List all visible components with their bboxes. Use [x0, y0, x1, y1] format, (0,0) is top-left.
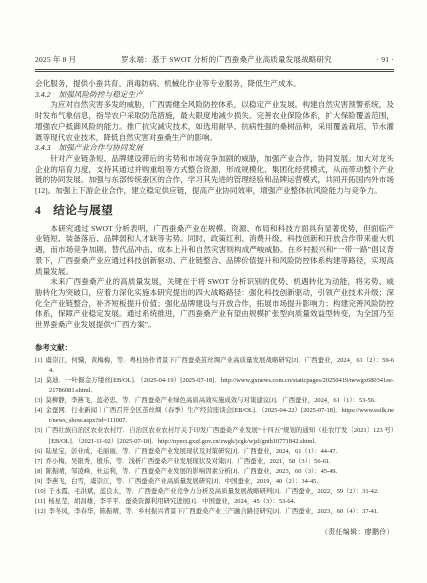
reference-item: [4]金蚕网．行业新闻｜广西召开全区茧丝绸（春季）生产经营座谈会[EB/OL]．…: [35, 406, 394, 426]
reference-text: 莫柳静，李燕飞，蓝必忠，等．广西蚕桑产业绿色高质高效实施成效与对策建议[J]．广…: [45, 397, 375, 404]
running-title: 罗永端：基于 SWOT 分析的广西蚕桑产业高质量发展战略研究: [76, 54, 376, 65]
paragraph-conclusion-2: 未来广西蚕桑产业的高质量发展，关键在于将 SWOT 分析识别的优势、机遇转化为动…: [35, 277, 394, 331]
reference-text: 广西壮族自治区农业农村厅．自治区农业农村厅关于印发广西蚕桑产业发展“十四五”规划…: [45, 427, 394, 444]
reference-text: 李冬凤，李春华，陈振晴，等．乡村振兴背景下广西蚕桑产业三产融合路径研究[J]．广…: [49, 508, 379, 515]
reference-text: 杨星莹，胡昌雄，李平平．蚕桑资源利用研究进展[J]．中国蚕业，2024，45（3…: [48, 498, 295, 505]
page-number: · 91 ·: [377, 55, 394, 64]
running-head: 2025 年 8 月 罗永端：基于 SWOT 分析的广西蚕桑产业高质量发展战略研…: [35, 54, 394, 72]
references-section: 参考文献： [1]虞崇江，何骥，黄梅梅，等．粤桂协作背景下广西蚕桑茧丝绸产业高质…: [35, 342, 394, 518]
reference-number: [4]: [35, 407, 42, 414]
reference-text: 陈振晴，邹凌峰，杜运利，等．广西蚕桑产业发展的影响因素分析[J]．广西蚕业，20…: [45, 468, 337, 475]
reference-item: [6]陆星宝，彭业成，毛丽丽，等．广西蚕桑产业发展现状及对策研究[J]．广西蚕业…: [35, 447, 394, 457]
section-4-heading: 4 结论与展望: [35, 204, 394, 218]
reference-number: [3]: [35, 397, 42, 404]
reference-number: [8]: [35, 468, 42, 475]
reference-item: [9]李燕飞，白雪，虞崇江，等．广西蚕桑产业高质量发展研究[J]．中国蚕业，20…: [35, 477, 394, 487]
paragraph-3-4-2: 为应对自然灾害多发的威胁，广西需健全风险防控体系，以稳定产业发展。构建自然灾害预…: [35, 100, 394, 143]
references-list: [1]虞崇江，何骥，黄梅梅，等．粤桂协作背景下广西蚕桑茧丝绸产业高质量发展战略研…: [35, 356, 394, 518]
page-content: 2025 年 8 月 罗永端：基于 SWOT 分析的广西蚕桑产业高质量发展战略研…: [35, 54, 394, 536]
reference-text: 虞崇江，何骥，黄梅梅，等．粤桂协作背景下广西蚕桑茧丝绸产业高质量发展战略研究[J…: [45, 357, 394, 374]
paper-page: 2025 年 8 月 罗永端：基于 SWOT 分析的广西蚕桑产业高质量发展战略研…: [0, 0, 427, 583]
paragraph-3-4-3: 针对产业链条短、品牌建设滞后的劣势和市场竞争加剧的威胁，加强产业合作，协同发展。…: [35, 154, 394, 197]
reference-text: 乔小梅，吴银秀，殷乐，等．浅析广西蚕桑产业发展现状及对策[J]．广西蚕业，202…: [45, 458, 330, 465]
reference-item: [12]李冬凤，李春华，陈振晴，等．乡村振兴背景下广西蚕桑产业三产融合路径研究[…: [35, 507, 394, 517]
reference-number: [12]: [35, 508, 46, 515]
reference-text: 莫迪．一叶掘金万缕丝[EB/OL]．（2025-04-19）[2025-07-1…: [45, 377, 394, 394]
reference-number: [5]: [35, 427, 42, 434]
responsible-editor-note: （责任编辑：廖鹏伶）: [35, 526, 394, 536]
reference-number: [11]: [35, 498, 45, 505]
reference-item: [10]于永霞，毛洪斌，蓝良太，等．广西蚕桑产业竞争力分析及高质量发展战略研判[…: [35, 487, 394, 497]
reference-item: [3]莫柳静，李燕飞，蓝必忠，等．广西蚕桑产业绿色高质高效实施成效与对策建议[J…: [35, 396, 394, 406]
reference-text: 金蚕网．行业新闻｜广西召开全区茧丝绸（春季）生产经营座谈会[EB/OL]．（20…: [45, 407, 394, 424]
reference-text: 陆星宝，彭业成，毛丽丽，等．广西蚕桑产业发展现状及对策研究[J]．广西蚕业，20…: [45, 448, 337, 455]
reference-item: [11]杨星莹，胡昌雄，李平平．蚕桑资源利用研究进展[J]．中国蚕业，2024，…: [35, 497, 394, 507]
reference-text: 李燕飞，白雪，虞崇江，等．广西蚕桑产业高质量发展研究[J]．中国蚕业，2019，…: [45, 478, 317, 485]
heading-3-4-3: 3.4.3 加强产业合作与协同发展: [35, 143, 394, 154]
reference-item: [7]乔小梅，吴银秀，殷乐，等．浅析广西蚕桑产业发展现状及对策[J]．广西蚕业，…: [35, 457, 394, 467]
article-body: 会化服务，提供小蚕共育、消毒防病、机械化作业等专业服务，降低生产成本。 3.4.…: [35, 79, 394, 331]
references-title: 参考文献：: [35, 342, 394, 353]
heading-3-4-2: 3.4.2 加强风险防控与稳定生产: [35, 90, 394, 101]
issue-date: 2025 年 8 月: [35, 54, 76, 65]
reference-text: 于永霞，毛洪斌，蓝良太，等．广西蚕桑产业竞争力分析及高质量发展战略研判[J]．广…: [49, 488, 379, 495]
reference-number: [10]: [35, 488, 46, 495]
reference-item: [2]莫迪．一叶掘金万缕丝[EB/OL]．（2025-04-19）[2025-0…: [35, 376, 394, 396]
paragraph-conclusion-1: 本研究通过 SWOT 分析表明，广西蚕桑产业在规模、资源、布局和科技方面具有显著…: [35, 224, 394, 278]
reference-item: [1]虞崇江，何骥，黄梅梅，等．粤桂协作背景下广西蚕桑茧丝绸产业高质量发展战略研…: [35, 356, 394, 376]
reference-number: [1]: [35, 357, 42, 364]
reference-number: [7]: [35, 458, 42, 465]
reference-number: [2]: [35, 377, 42, 384]
reference-number: [6]: [35, 448, 42, 455]
paragraph-continuation: 会化服务，提供小蚕共育、消毒防病、机械化作业等专业服务，降低生产成本。: [35, 79, 394, 90]
reference-number: [9]: [35, 478, 42, 485]
reference-item: [8]陈振晴，邹凌峰，杜运利，等．广西蚕桑产业发展的影响因素分析[J]．广西蚕业…: [35, 467, 394, 477]
reference-item: [5]广西壮族自治区农业农村厅．自治区农业农村厅关于印发广西蚕桑产业发展“十四五…: [35, 426, 394, 446]
